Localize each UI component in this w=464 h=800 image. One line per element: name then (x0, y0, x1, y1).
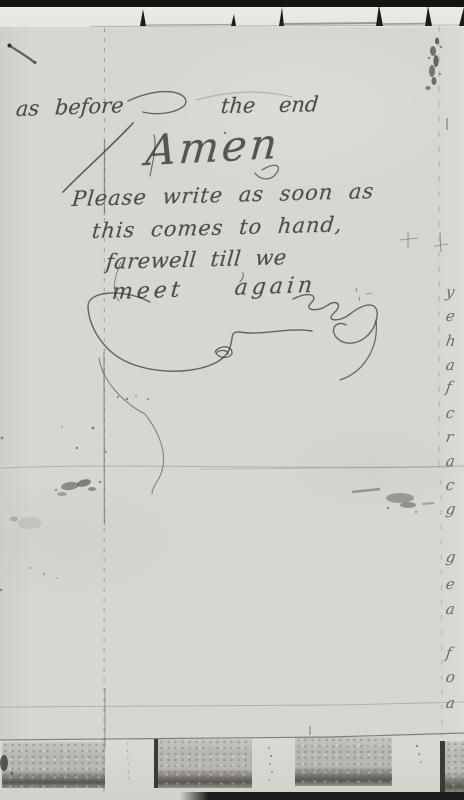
edge-letter: e (445, 307, 464, 325)
binding-stub-row (0, 739, 464, 800)
handwriting-line-1-right: the end (220, 92, 320, 118)
edge-letter: c (445, 476, 464, 494)
edge-letter: g (445, 548, 464, 566)
scanner-edge-top (0, 0, 464, 7)
letter-scan-page: as before the end Amen Please write as s… (0, 0, 464, 800)
scanner-edge-bottom (180, 792, 464, 800)
edge-letter: e (445, 575, 464, 593)
handwriting-line-1-left: as before (15, 93, 124, 121)
edge-letter: r (445, 428, 464, 446)
stacked-page-edges-top (0, 7, 464, 27)
edge-letter: a (445, 356, 464, 374)
handwriting-amen: Amen (144, 119, 282, 175)
edge-letter: f (445, 644, 464, 662)
edge-letter: y (445, 283, 464, 301)
edge-letter: a (445, 694, 464, 712)
binding-stub (440, 741, 464, 793)
edge-letter: g (445, 500, 464, 518)
edge-letter: a (445, 600, 464, 618)
handwriting-line-5: farewell till we (105, 245, 288, 274)
edge-letter: h (445, 332, 464, 350)
binding-stub (295, 737, 392, 786)
edge-letter: a (445, 452, 464, 470)
edge-letter: c (445, 404, 464, 422)
binding-stub (154, 739, 252, 788)
edge-letter: o (445, 668, 464, 686)
edge-letter: f (445, 378, 464, 396)
binding-stub (2, 742, 105, 788)
